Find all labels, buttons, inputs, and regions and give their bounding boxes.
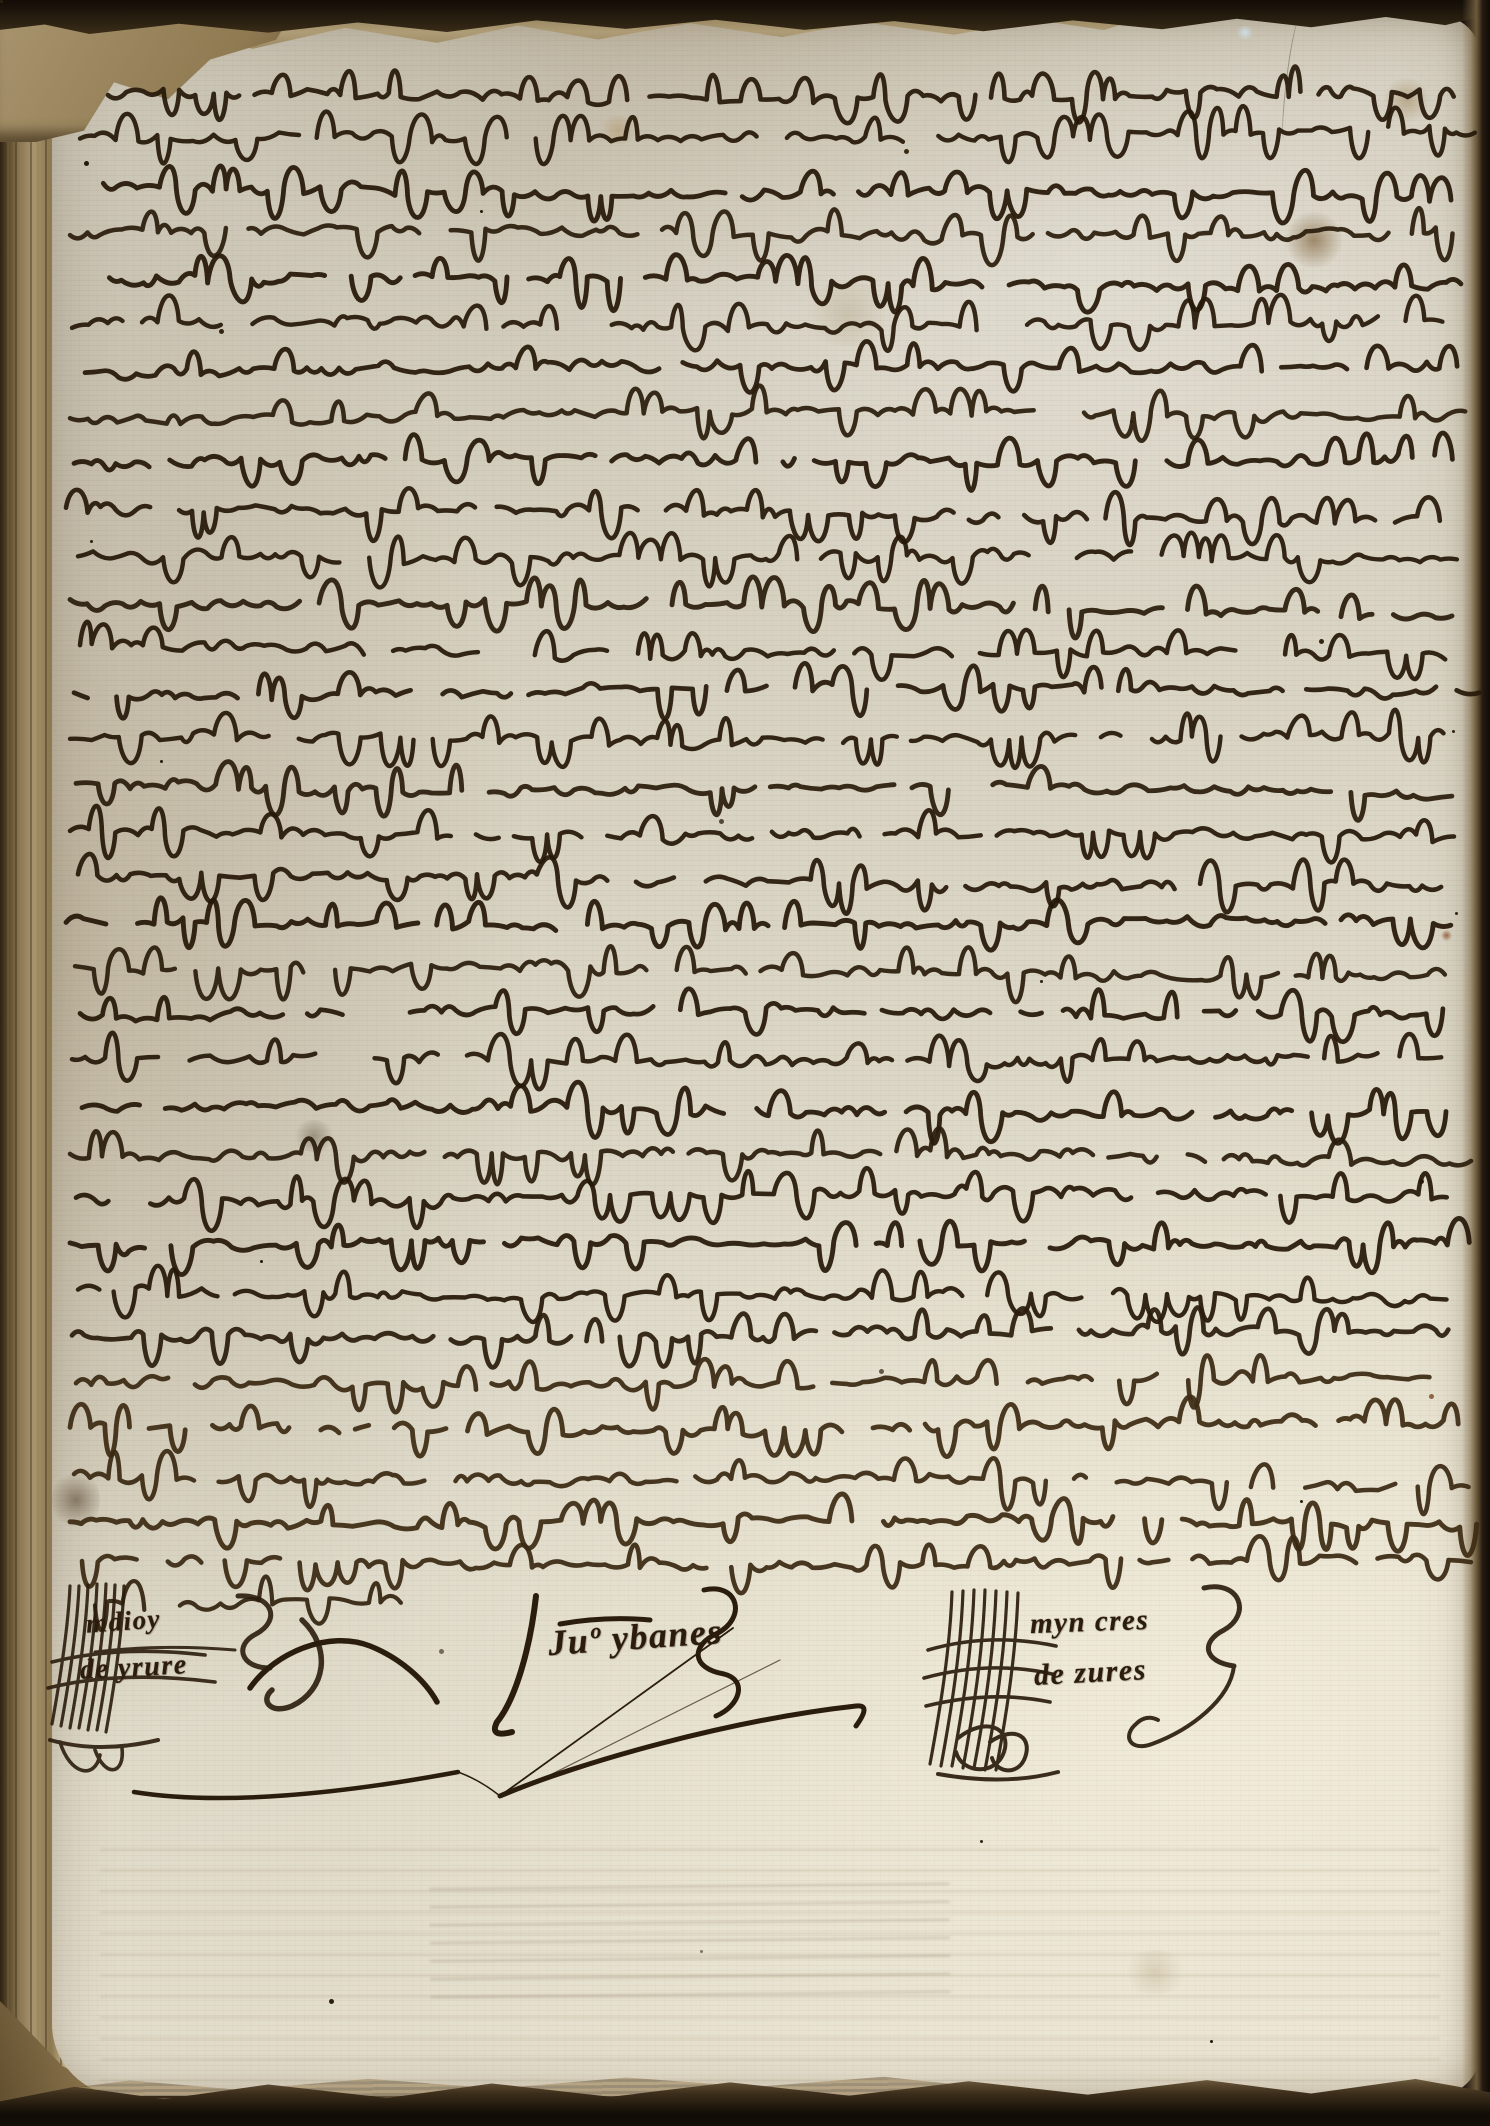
signature-right-name-line2: de zures xyxy=(1033,1653,1147,1693)
scan-edge-right xyxy=(1462,0,1490,2126)
verso-showthrough-patch xyxy=(429,1873,950,1998)
signature-left-name-line2: de yrure xyxy=(79,1649,188,1687)
manuscript-page xyxy=(52,16,1480,2096)
signature-left-name-line1: mdioy xyxy=(85,1603,162,1639)
signature-right-name-line1: myn cres xyxy=(1029,1604,1149,1641)
dust-speckles xyxy=(0,0,3,3)
manuscript-scan: mdioy de yrure Juº ybanes myn cres de zu… xyxy=(0,0,1490,2126)
